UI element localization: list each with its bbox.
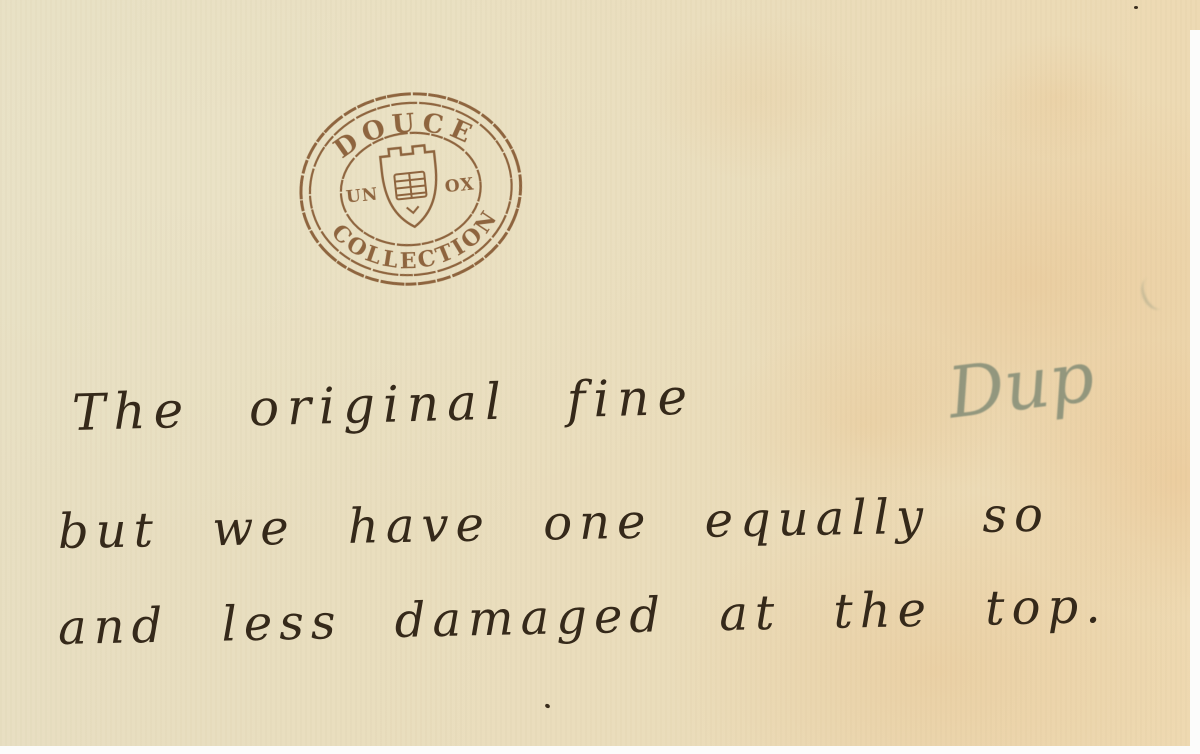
scan-edge-bottom (0, 746, 1200, 754)
handwriting-line-1: The original fine (71, 368, 696, 442)
pencil-annotation: Dup (944, 335, 1099, 434)
handwriting-line-3: and less damaged at the top. (57, 578, 1108, 656)
open-book-icon (394, 172, 426, 200)
scan-edge-right (1190, 30, 1200, 754)
stamp-ox-text: OX (444, 174, 476, 197)
scanned-document-page: DOUCE COLLECTION UN OX The original fine… (0, 0, 1200, 754)
pencil-smudge (1135, 272, 1173, 314)
handwriting-line-2: but we have one equally so (58, 487, 1051, 560)
douce-collection-stamp: DOUCE COLLECTION UN OX (286, 77, 536, 306)
paper-background: DOUCE COLLECTION UN OX The original fine… (0, 0, 1200, 746)
ink-speck (544, 703, 550, 709)
ink-speck (1134, 6, 1138, 9)
stamp-un-text: UN (345, 184, 379, 207)
shield-chevron-mark (407, 206, 420, 213)
